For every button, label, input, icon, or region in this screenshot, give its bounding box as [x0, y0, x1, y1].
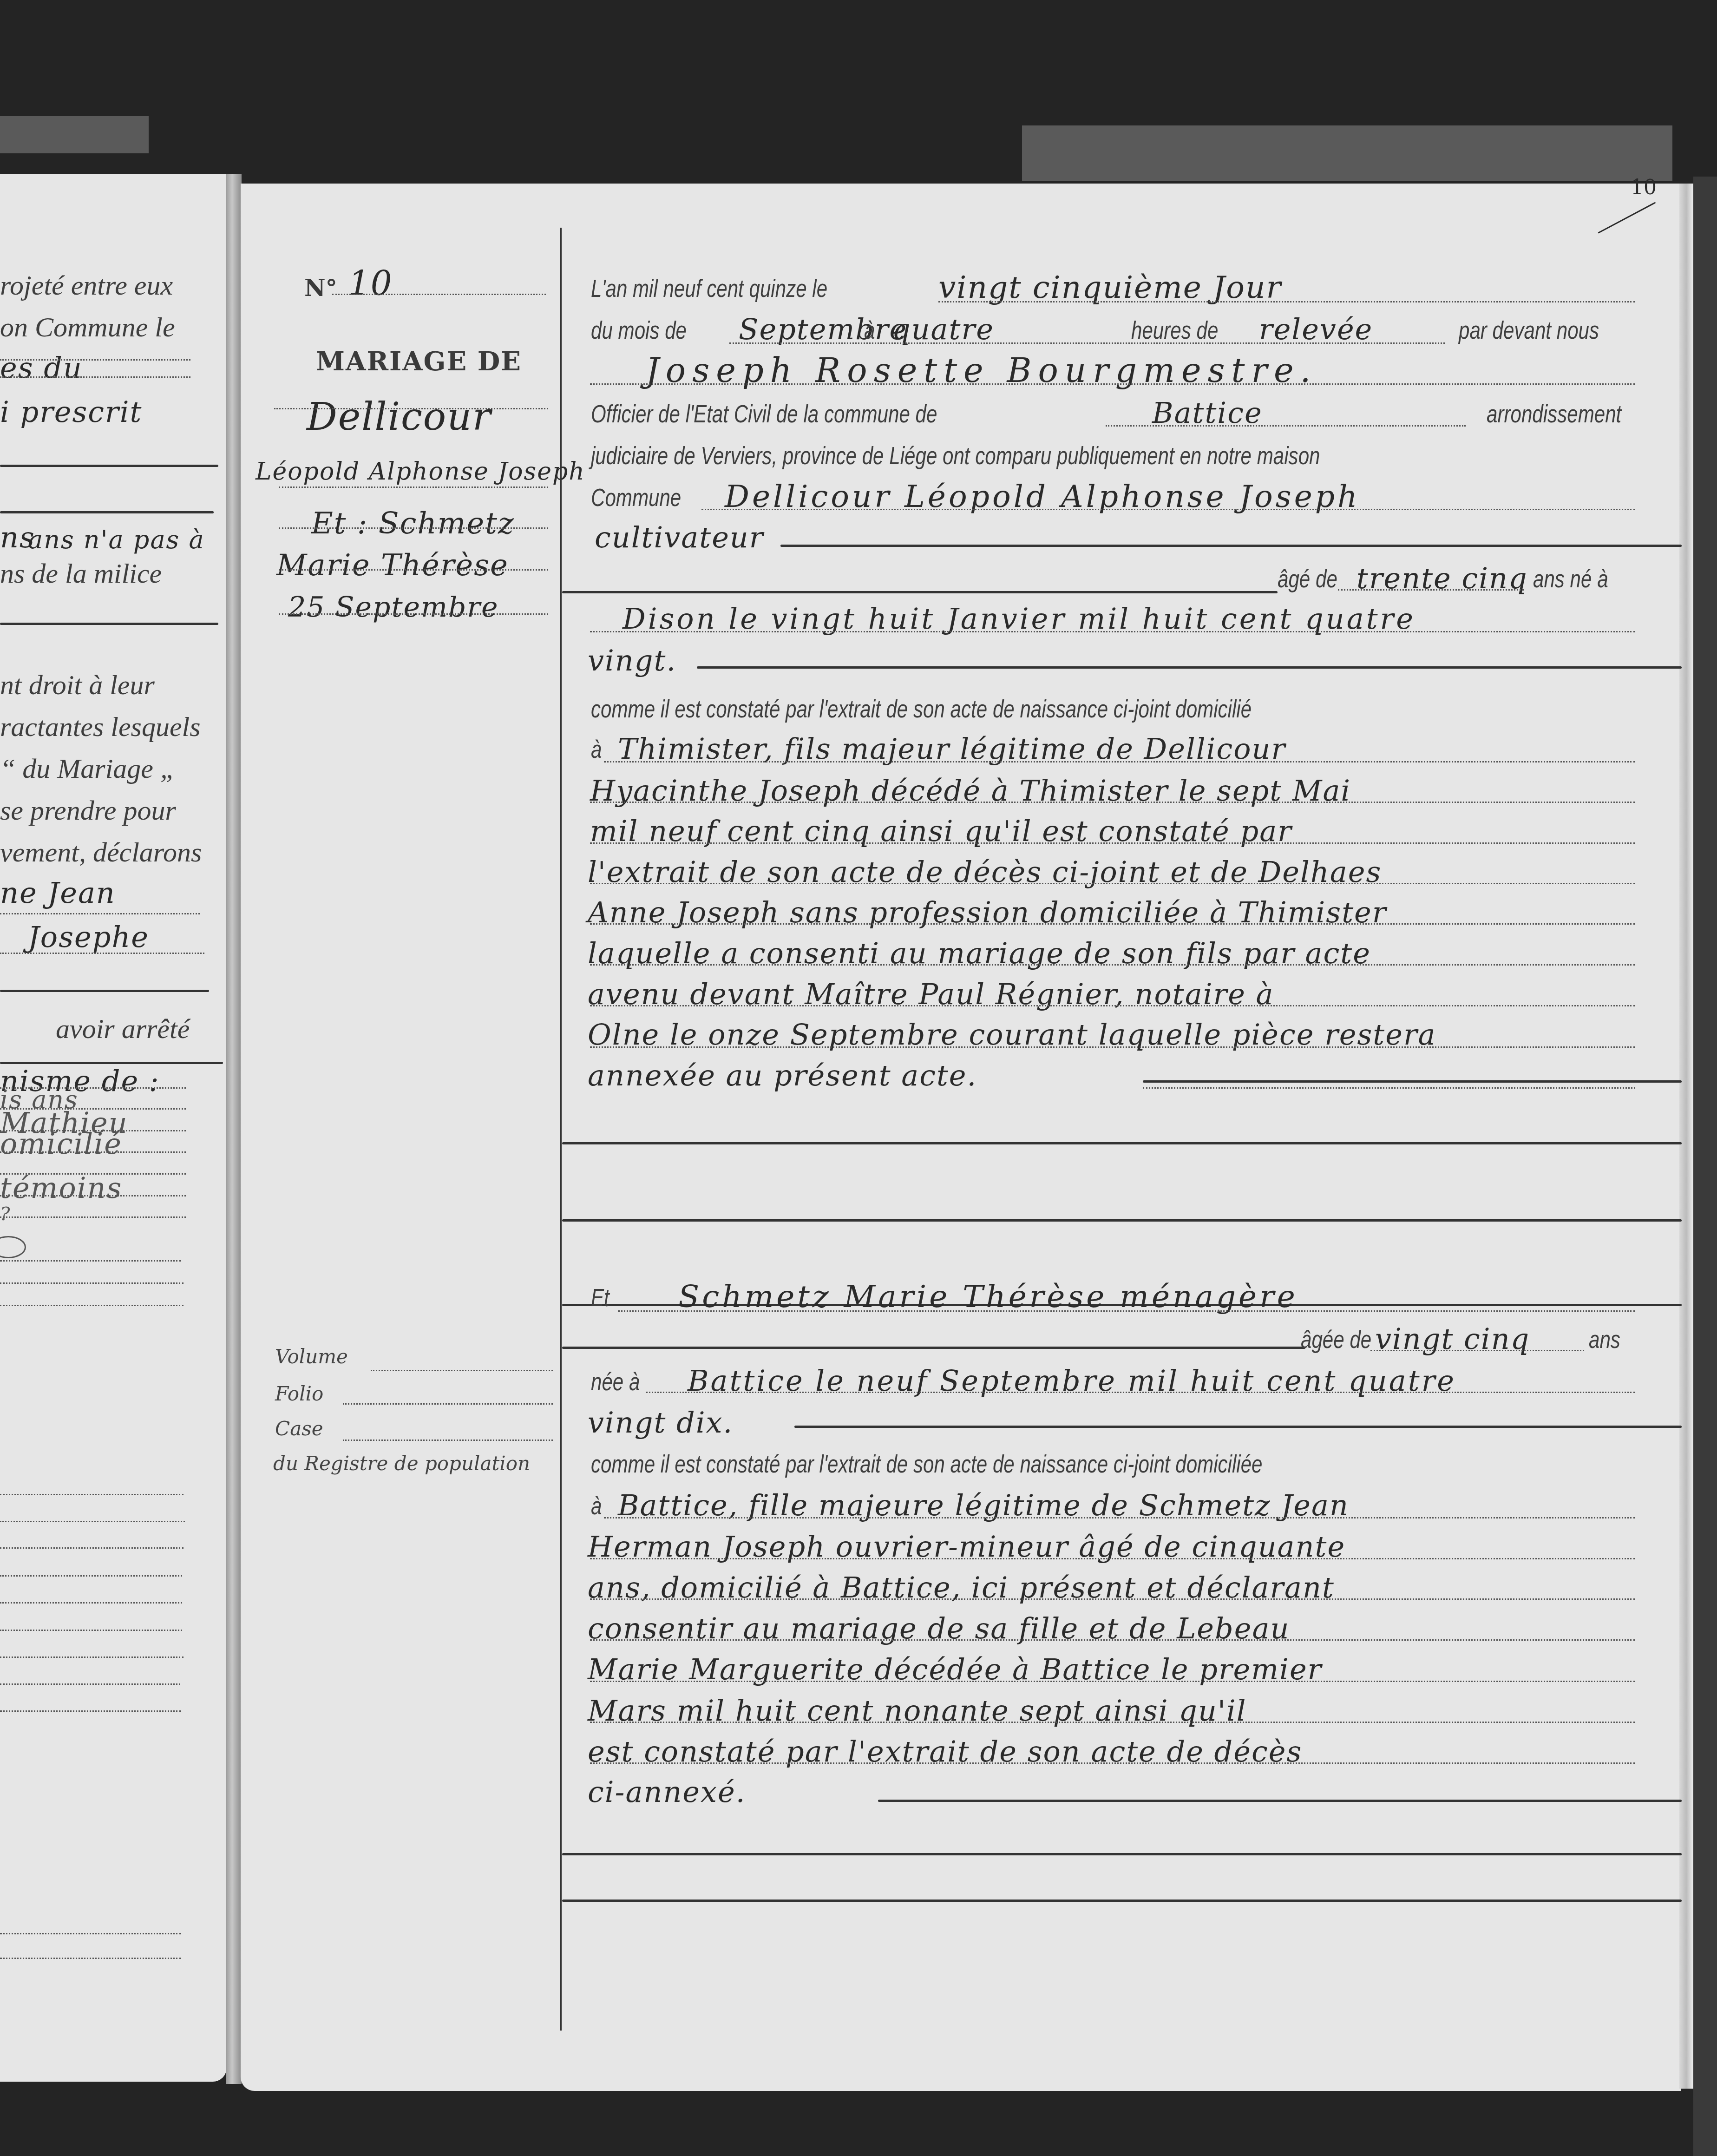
left-printed-10: avoir arrêté: [56, 1013, 190, 1045]
scanner-border: [1693, 177, 1717, 2156]
groom-constat: comme il est constaté par l'extrait de s…: [591, 695, 1252, 723]
bride-line-8: ci-annexé.: [588, 1775, 746, 1809]
act-line4-printed-a: Officier de l'Etat Civil de la commune d…: [591, 400, 937, 428]
binding-tape: [0, 116, 149, 153]
mariage-heading: MARIAGE DE: [316, 346, 522, 377]
groom-birth-2: vingt.: [588, 644, 676, 677]
act-line2-printed-d: par devant nous: [1459, 316, 1599, 345]
margin-bride-surname: Et : Schmetz: [311, 506, 515, 541]
book-gutter: [226, 174, 242, 2084]
left-printed-7: “ du Mariage „: [0, 753, 176, 785]
case-field: [343, 1440, 553, 1441]
act-line5-printed: judiciaire de Verviers, province de Liég…: [591, 441, 1320, 470]
act-groom-profession: cultivateur: [595, 520, 764, 554]
bride-birth-2: vingt dix.: [588, 1406, 733, 1440]
left-rule: [0, 990, 209, 992]
left-printed-9: vement, déclarons: [0, 836, 202, 868]
margin-groom-surname: Dellicour: [307, 395, 492, 439]
left-hand-1: es du: [0, 351, 83, 385]
act-line1-printed: L'an mil neuf cent quinze le: [591, 274, 827, 303]
column-divider: [560, 228, 562, 2031]
left-hand-9: omicilié: [0, 1127, 122, 1161]
groom-age-printed-b: ans né à: [1533, 565, 1608, 593]
act-line6-printed: Commune: [591, 483, 681, 512]
left-printed-5: nt droit à leur: [0, 669, 155, 701]
act-line2-printed-b: à: [864, 316, 875, 345]
bride-birth-printed: née à: [591, 1367, 640, 1396]
left-hand-5: Josephe: [28, 920, 149, 954]
groom-age-printed-a: âgé de: [1278, 565, 1337, 593]
volume-label: Volume: [275, 1345, 348, 1368]
act-day: vingt cinquième Jour: [938, 269, 1282, 305]
act-line4-printed-b: arrondissement: [1487, 400, 1621, 428]
bride-age-printed-a: âgée de: [1301, 1325, 1371, 1354]
bride-dom-prefix: à: [591, 1492, 602, 1520]
folio-field: [343, 1403, 553, 1405]
left-hand-10: témoins: [0, 1171, 122, 1205]
left-hand-11: ?: [0, 1203, 11, 1225]
left-hand-4: ne Jean: [0, 876, 116, 910]
groom-dom-prefix: à: [591, 735, 602, 764]
bride-age-printed-b: ans: [1589, 1325, 1620, 1354]
margin-date: 25 Septembre: [288, 591, 499, 624]
record-number-label: N°: [304, 274, 337, 302]
left-printed-2: on Commune le: [0, 311, 175, 343]
case-label: Case: [275, 1417, 323, 1440]
bride-constat: comme il est constaté par l'extrait de s…: [591, 1450, 1262, 1479]
left-printed-1: rojeté entre eux: [0, 269, 173, 302]
margin-groom-names: Léopold Alphonse Joseph: [256, 458, 585, 486]
left-rule: [0, 465, 218, 467]
page-edge: [1679, 184, 1693, 2089]
record-number: 10: [348, 264, 393, 303]
act-line2-printed-c: heures de: [1131, 316, 1218, 345]
registre-label: du Registre de population: [273, 1452, 530, 1475]
act-hour: quatre: [892, 312, 994, 346]
bride-name: Schmetz Marie Thérèse ménagère: [678, 1279, 1298, 1315]
left-printed-4: ns de la milice: [0, 558, 162, 590]
folio-mark: 10: [1631, 176, 1657, 199]
binding-tape: [1022, 125, 1672, 181]
folio-label: Folio: [275, 1382, 323, 1405]
left-printed-8: se prendre pour: [0, 795, 176, 827]
left-printed-3: ans n'a pas à: [28, 525, 205, 554]
act-period: relevée: [1259, 312, 1373, 346]
volume-field: [371, 1370, 553, 1371]
act-month: Septembre: [739, 312, 907, 346]
bride-prefix: Et: [591, 1283, 609, 1312]
left-rule: [0, 511, 214, 513]
left-printed-6: ractantes lesquels: [0, 711, 201, 743]
left-rule: [0, 623, 218, 625]
left-hand-2: i prescrit: [0, 395, 142, 429]
margin-bride-names: Marie Thérèse: [276, 548, 509, 583]
act-line2-printed-a: du mois de: [591, 316, 687, 345]
groom-line-9: annexée au présent acte.: [588, 1058, 977, 1092]
